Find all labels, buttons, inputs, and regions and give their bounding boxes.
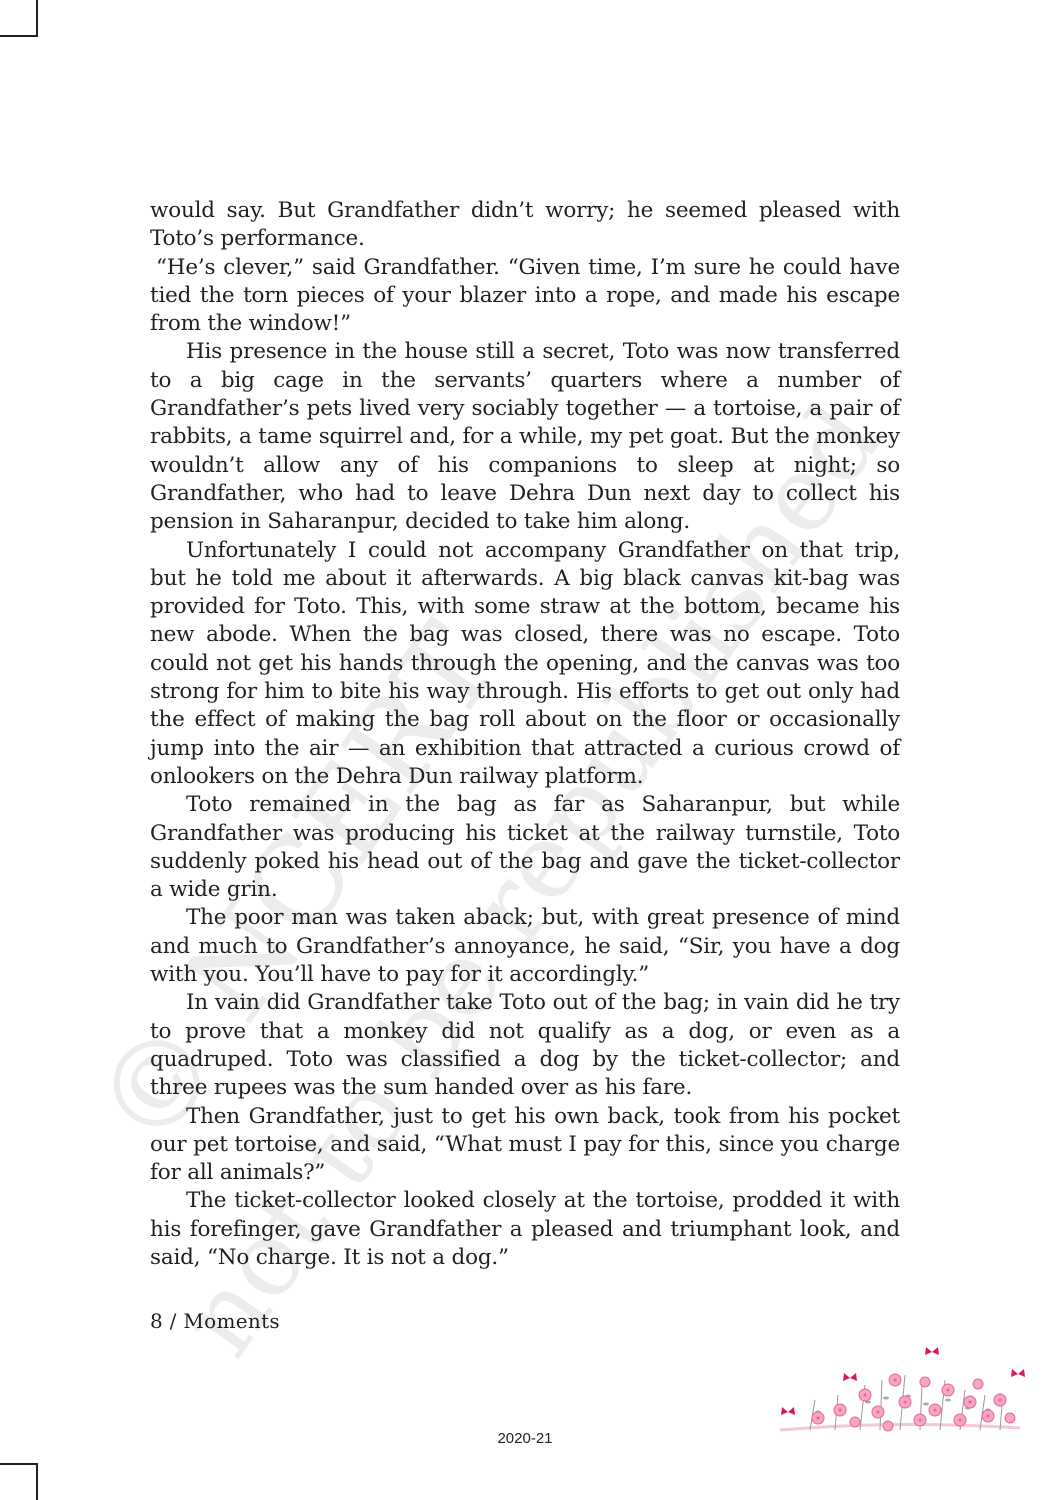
paragraph: The ticket-collector looked closely at t… [150,1187,900,1272]
story-text: would say. But Grandfather didn’t worry;… [150,197,900,1272]
page-folio: 8 / Moments [150,1309,280,1333]
paragraph: Toto remained in the bag as far as Sahar… [150,791,900,904]
paragraph: Then Grandfather, just to get his own ba… [150,1103,900,1188]
paragraph: “He’s clever,” said Grandfather. “Given … [150,254,900,339]
edition-year: 2020-21 [0,1430,1050,1447]
crop-mark-bottom-left [0,1463,38,1500]
paragraph: In vain did Grandfather take Toto out of… [150,989,900,1102]
paragraph: would say. But Grandfather didn’t worry;… [150,197,900,254]
paragraph: His presence in the house still a secret… [150,338,900,536]
crop-mark-top-left [0,0,38,37]
paragraph: The poor man was taken aback; but, with … [150,904,900,989]
paragraph: Unfortunately I could not accompany Gran… [150,537,900,792]
